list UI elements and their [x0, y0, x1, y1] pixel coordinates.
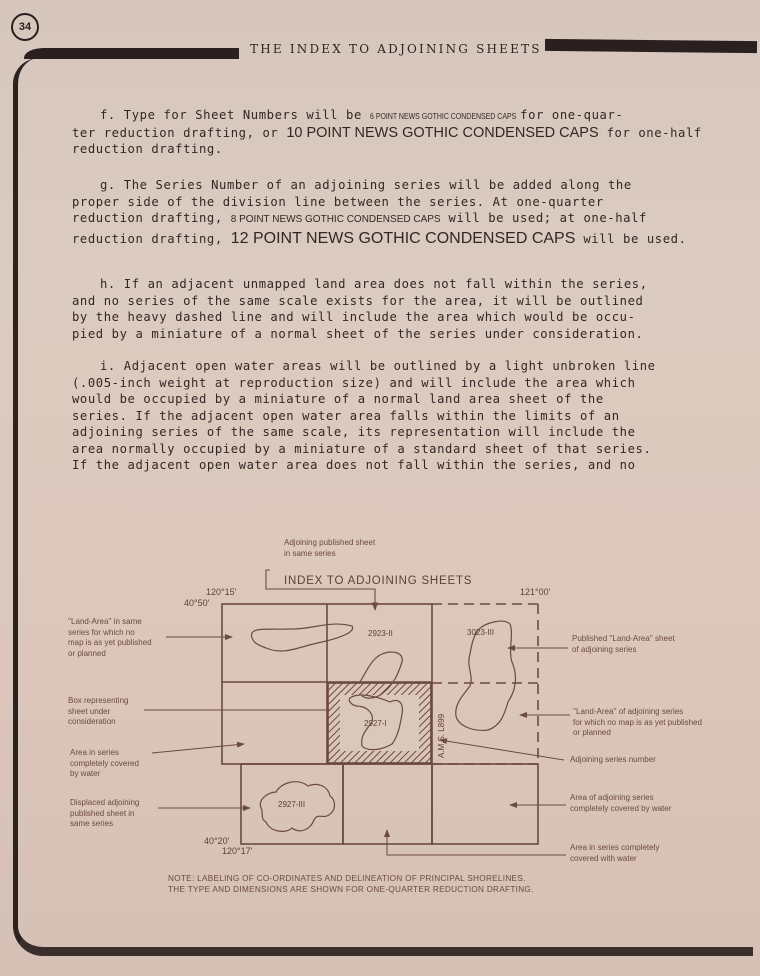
running-head: THE INDEX TO ADJOINING SHEETS — [250, 42, 542, 56]
header-rule-right — [545, 39, 757, 53]
paragraph-g-line-1: g. The Series Number of an adjoining ser… — [72, 177, 728, 194]
paragraph-h-line-2: and no series of the same scale exists f… — [72, 293, 728, 310]
paragraph-h: h. If an adjacent unmapped land area doe… — [72, 276, 728, 342]
paragraph-f-line-1: f. Type for Sheet Numbers will be 6 POIN… — [72, 107, 728, 125]
paragraph-i-line-3: would be occupied by a miniature of a no… — [72, 391, 728, 408]
callout-land-area-same-series: ''Land-Area'' in same series for which n… — [68, 617, 152, 659]
sheet-number-2927-iii: 2927-III — [278, 800, 305, 809]
page-number: 34 — [11, 13, 39, 41]
callout-adjoining-published: Adjoining published sheet in same series — [284, 538, 375, 559]
diagram-title: INDEX TO ADJOINING SHEETS — [284, 575, 472, 587]
paragraph-i-line-7: If the adjacent open water area does not… — [72, 457, 728, 474]
paragraph-g-line-4: reduction drafting, 12 POINT NEWS GOTHIC… — [72, 231, 728, 248]
callout-land-area-adjoining-unpublished: ''Land-Area'' of adjoining series for wh… — [573, 707, 702, 739]
callout-displaced-sheet: Displaced adjoining published sheet in s… — [70, 798, 139, 830]
type-spec-10pt: 10 POINT NEWS GOTHIC CONDENSED CAPS — [286, 125, 598, 141]
index-diagram: Adjoining published sheet in same series… — [0, 530, 760, 910]
type-spec-8pt: 8 POINT NEWS GOTHIC CONDENSED CAPS — [231, 214, 441, 225]
paragraph-f: f. Type for Sheet Numbers will be 6 POIN… — [72, 107, 728, 158]
paragraph-g-line-3: reduction drafting, 8 POINT NEWS GOTHIC … — [72, 210, 728, 229]
coord-bottom-left-lat: 40°20' — [204, 836, 229, 846]
callout-area-covered-by-water: Area in series completely covered by wat… — [70, 748, 139, 780]
paragraph-i-line-2: (.005-inch weight at reproduction size) … — [72, 375, 728, 392]
paragraph-i-line-4: series. If the adjacent open water area … — [72, 408, 728, 425]
diagram-note: NOTE: LABELING OF CO-ORDINATES AND DELIN… — [168, 873, 628, 895]
callout-series-water: Area in series completely covered with w… — [570, 843, 659, 864]
callout-adjoining-series-number: Adjoining series number — [570, 755, 656, 766]
paragraph-i-line-5: adjoining series of the same scale, its … — [72, 424, 728, 441]
sheet-number-2927-i: 2927-I — [364, 719, 387, 728]
sheet-number-2923-ii: 2923-II — [368, 629, 393, 638]
paragraph-h-line-3: by the heavy dashed line and will includ… — [72, 309, 728, 326]
paragraph-f-line-2: ter reduction drafting, or 10 POINT NEWS… — [72, 125, 728, 142]
paragraph-i-line-1: i. Adjacent open water areas will be out… — [72, 358, 728, 375]
series-number: A.M.S. L899 — [437, 714, 446, 758]
sheet-number-3023-iii: 3023-III — [467, 628, 494, 637]
paragraph-g: g. The Series Number of an adjoining ser… — [72, 177, 728, 247]
paragraph-i: i. Adjacent open water areas will be out… — [72, 358, 728, 474]
callout-box-under-consideration: Box representing sheet under considerati… — [68, 696, 128, 728]
paragraph-h-line-1: h. If an adjacent unmapped land area doe… — [72, 276, 728, 293]
coord-bottom-left-lon: 120°17' — [222, 846, 252, 856]
paragraph-f-line-3: reduction drafting. — [72, 141, 728, 158]
type-spec-6pt: 6 POINT NEWS GOTHIC CONDENSED CAPS — [370, 108, 516, 125]
type-spec-12pt: 12 POINT NEWS GOTHIC CONDENSED CAPS — [231, 230, 576, 247]
callout-published-land-area-adjoining: Published ''Land-Area'' sheet of adjoini… — [572, 634, 675, 655]
paragraph-i-line-6: area normally occupied by a miniature of… — [72, 441, 728, 458]
coord-top-left-lon: 120°15' — [206, 587, 236, 597]
coord-top-right-lon: 121°00' — [520, 587, 550, 597]
paragraph-g-line-2: proper side of the division line between… — [72, 194, 728, 211]
paragraph-h-line-4: pied by a miniature of a normal sheet of… — [72, 326, 728, 343]
callout-adjoining-water: Area of adjoining series completely cove… — [570, 793, 671, 814]
coord-top-left-lat: 40°50' — [184, 598, 209, 608]
